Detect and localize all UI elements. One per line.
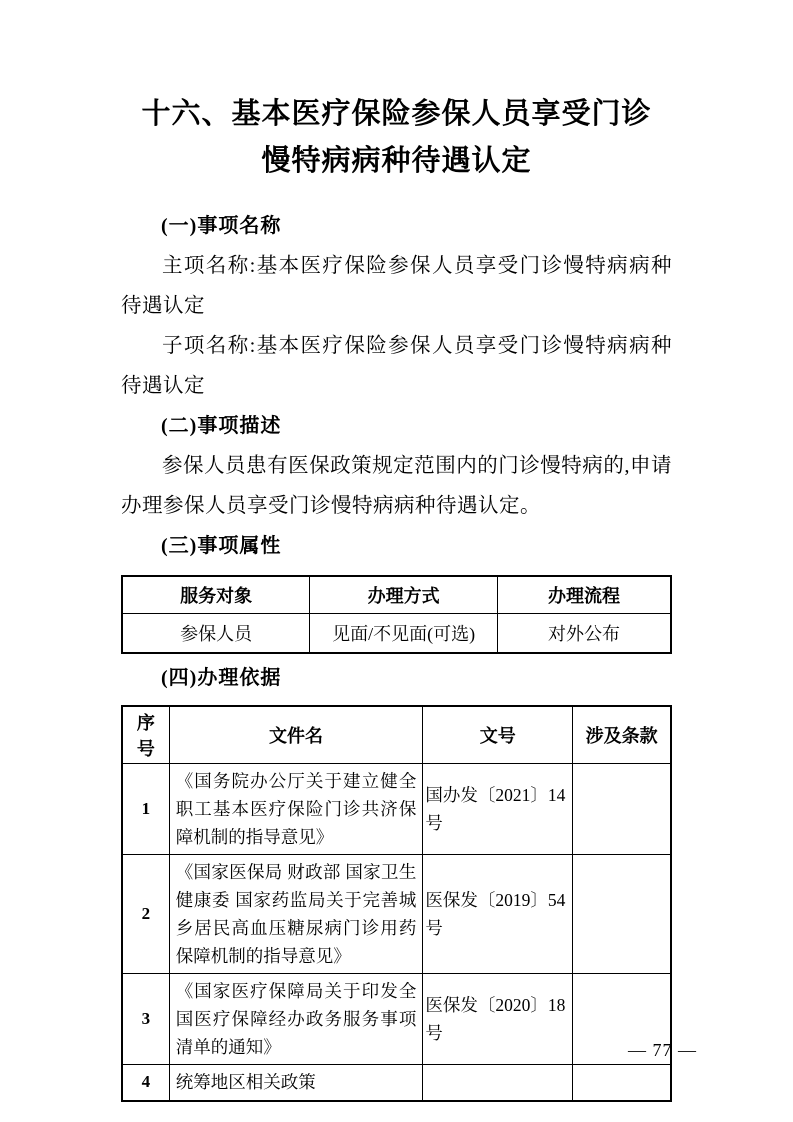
basis-table-row-3: 3 《国家医疗保障局关于印发全国医疗保障经办政务服务事项清单的通知》 医保发〔2… bbox=[122, 974, 671, 1065]
basis-header-clauses: 涉及条款 bbox=[573, 706, 671, 764]
basis-header-seq-no: 序号 bbox=[122, 706, 169, 764]
basis-row1-doc-no: 国办发〔2021〕14 号 bbox=[423, 764, 573, 855]
attribute-table: 服务对象 办理方式 办理流程 参保人员 见面/不见面(可选) 对外公布 bbox=[121, 575, 672, 654]
basis-row1-clauses bbox=[573, 764, 671, 855]
basis-header-file-name: 文件名 bbox=[169, 706, 423, 764]
attr-header-handling-method: 办理方式 bbox=[310, 576, 498, 613]
basis-row2-file-name: 《国家医保局 财政部 国家卫生健康委 国家药监局关于完善城乡居民高血压糖尿病门诊… bbox=[169, 855, 423, 974]
basis-row4-file-name: 统筹地区相关政策 bbox=[169, 1065, 423, 1101]
doc-title: 十六、基本医疗保险参保人员享受门诊 慢特病病种待遇认定 bbox=[121, 90, 672, 184]
basis-row3-seq-no: 3 bbox=[122, 974, 169, 1065]
attr-cell-handling-process: 对外公布 bbox=[498, 613, 672, 653]
basis-table: 序号 文件名 文号 涉及条款 1 《国务院办公厅关于建立健全职工基本医疗保险门诊… bbox=[121, 705, 672, 1102]
section-heading-item-description: (二)事项描述 bbox=[121, 406, 672, 446]
basis-table-header-row: 序号 文件名 文号 涉及条款 bbox=[122, 706, 671, 764]
basis-row4-clauses bbox=[573, 1065, 671, 1101]
basis-row1-seq-no: 1 bbox=[122, 764, 169, 855]
basis-row2-clauses bbox=[573, 855, 671, 974]
basis-row3-doc-no: 医保发〔2020〕18 号 bbox=[423, 974, 573, 1065]
basis-table-row-2: 2 《国家医保局 财政部 国家卫生健康委 国家药监局关于完善城乡居民高血压糖尿病… bbox=[122, 855, 671, 974]
section-heading-item-attributes: (三)事项属性 bbox=[121, 526, 672, 566]
section-heading-handling-basis: (四)办理依据 bbox=[121, 658, 672, 698]
attr-cell-service-target: 参保人员 bbox=[122, 613, 310, 653]
basis-row1-file-name: 《国务院办公厅关于建立健全职工基本医疗保险门诊共济保障机制的指导意见》 bbox=[169, 764, 423, 855]
basis-row4-seq-no: 4 bbox=[122, 1065, 169, 1101]
attr-header-service-target: 服务对象 bbox=[122, 576, 310, 613]
doc-title-line-1: 十六、基本医疗保险参保人员享受门诊 bbox=[141, 96, 651, 130]
attribute-table-header-row: 服务对象 办理方式 办理流程 bbox=[122, 576, 671, 613]
attr-header-handling-process: 办理流程 bbox=[498, 576, 672, 613]
section-heading-item-name: (一)事项名称 bbox=[121, 206, 672, 246]
basis-row4-doc-no bbox=[423, 1065, 573, 1101]
basis-row2-doc-no: 医保发〔2019〕54 号 bbox=[423, 855, 573, 974]
attr-cell-handling-method: 见面/不见面(可选) bbox=[310, 613, 498, 653]
basis-header-doc-no: 文号 bbox=[423, 706, 573, 764]
basis-table-row-4: 4 统筹地区相关政策 bbox=[122, 1065, 671, 1101]
document-page: 十六、基本医疗保险参保人员享受门诊 慢特病病种待遇认定 (一)事项名称 主项名称… bbox=[0, 0, 793, 1122]
paragraph-main-item-name: 主项名称:基本医疗保险参保人员享受门诊慢特病病种待遇认定 bbox=[121, 246, 672, 326]
doc-title-line-2: 慢特病病种待遇认定 bbox=[261, 143, 531, 177]
basis-row3-file-name: 《国家医疗保障局关于印发全国医疗保障经办政务服务事项清单的通知》 bbox=[169, 974, 423, 1065]
paragraph-item-description: 参保人员患有医保政策规定范围内的门诊慢特病的,申请办理参保人员享受门诊慢特病病种… bbox=[121, 446, 672, 526]
attribute-table-data-row: 参保人员 见面/不见面(可选) 对外公布 bbox=[122, 613, 671, 653]
basis-row2-seq-no: 2 bbox=[122, 855, 169, 974]
basis-table-row-1: 1 《国务院办公厅关于建立健全职工基本医疗保险门诊共济保障机制的指导意见》 国办… bbox=[122, 764, 671, 855]
paragraph-sub-item-name: 子项名称:基本医疗保险参保人员享受门诊慢特病病种待遇认定 bbox=[121, 326, 672, 406]
page-number: — 77 — bbox=[628, 1040, 697, 1061]
